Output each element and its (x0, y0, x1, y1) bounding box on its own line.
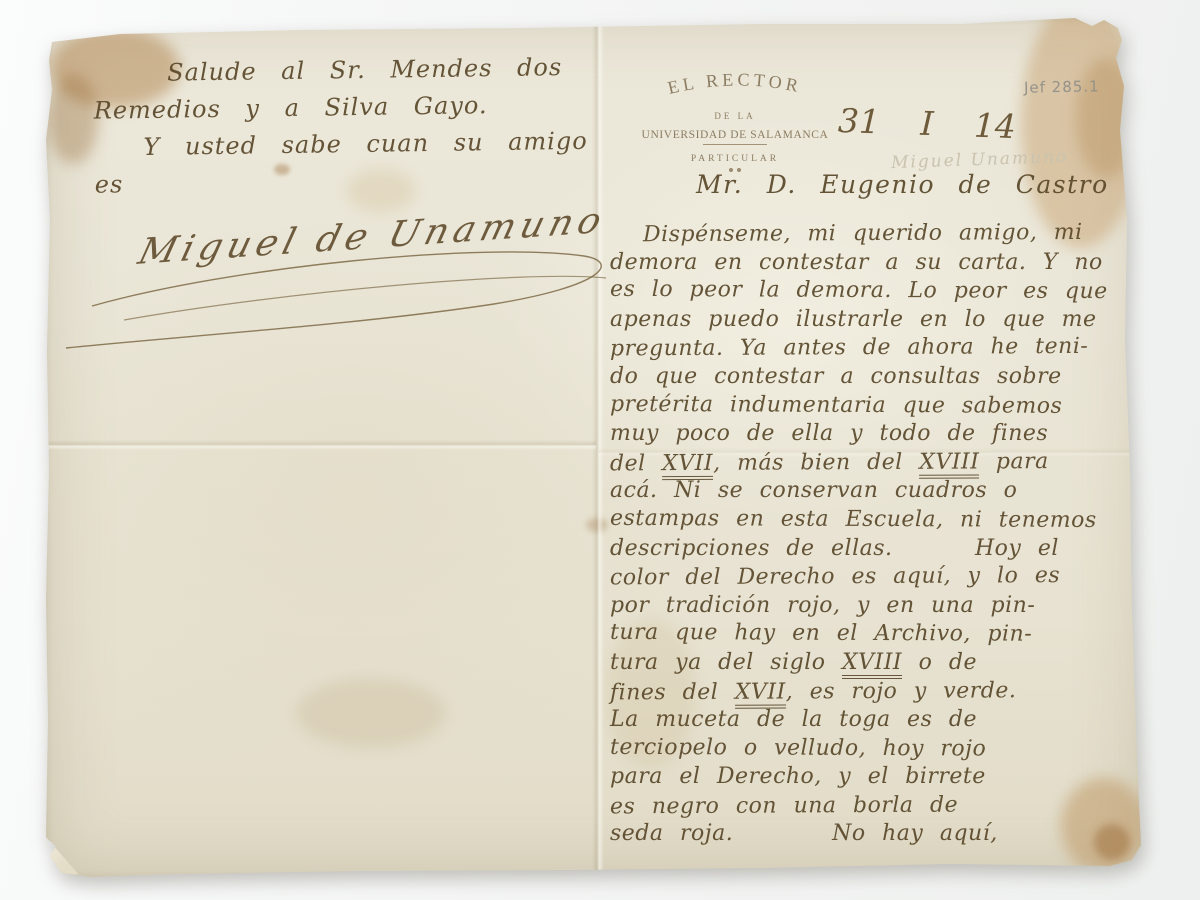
letter-body-text: Dispénseme, mi querido amigo, midemora e… (610, 220, 1144, 849)
text-segment: fines del (610, 679, 735, 705)
text-segment: apenas puedo ilustrarle en lo que me (610, 307, 1097, 332)
date-handwritten: 31 I 14 (837, 101, 1016, 146)
text-segment: pregunta. Ya antes de ahora he teni- (610, 334, 1088, 362)
handwritten-line: demora en contestar a su carta. Y no (610, 249, 1144, 278)
handwritten-line: es negro con una borla de (610, 790, 1144, 821)
text-segment: do que contestar a consultas sobre (610, 364, 1062, 389)
handwritten-line: es lo peor la demora. Lo peor es que (610, 276, 1144, 307)
underlined-roman-numeral: XVII (662, 451, 713, 480)
text-segment: descripciones de ellas. Hoy el (610, 536, 1059, 561)
handwritten-line: tura que hay en el Archivo, pin- (610, 619, 1144, 650)
recipient-line: Mr. D. Eugenio de Castro (696, 170, 1109, 199)
handwritten-line: fines del XVII, es rojo y verde. (610, 676, 1144, 707)
text-segment: tura ya del siglo (610, 650, 842, 675)
left-page-text: Salude al Sr. Mendes dosRemedios y a Sil… (93, 48, 620, 203)
underlined-roman-numeral: XVIII (842, 650, 902, 679)
text-segment: La muceta de la toga es de (610, 707, 977, 732)
handwritten-line: Y usted sabe cuan su amigo (94, 122, 619, 166)
handwritten-line: descripciones de ellas. Hoy el (610, 535, 1144, 564)
letterhead-university: UNIVERSIDAD DE SALAMANCA (635, 129, 835, 141)
letterhead: EL RECTOR DE LA UNIVERSIDAD DE SALAMANCA… (635, 66, 835, 174)
stain (296, 678, 446, 748)
letter-sheet: Salude al Sr. Mendes dosRemedios y a Sil… (46, 18, 1142, 878)
photo-background: Salude al Sr. Mendes dosRemedios y a Sil… (0, 0, 1200, 900)
text-segment: terciopelo o velludo, hoy rojo (610, 735, 986, 762)
handwritten-line: del XVII, más bien del XVIII para (610, 447, 1144, 478)
letterhead-rule (703, 144, 767, 145)
text-segment: es negro con una borla de (610, 792, 958, 819)
handwritten-line: apenas puedo ilustrarle en lo que me (610, 306, 1144, 335)
stain (48, 74, 98, 164)
handwritten-line: para el Derecho, y el birrete (610, 763, 1144, 792)
text-segment: del (610, 451, 662, 476)
text-segment: para (979, 449, 1048, 474)
handwritten-line: acá. Ni se conservan cuadros o (610, 477, 1144, 506)
handwritten-line: pregunta. Ya antes de ahora he teni- (610, 333, 1144, 364)
handwritten-line: Dispénseme, mi querido amigo, mi (610, 219, 1144, 250)
text-segment: muy poco de ella y todo de fines (610, 421, 1048, 446)
letter-sheet-wrapper: Salude al Sr. Mendes dosRemedios y a Sil… (0, 0, 1200, 900)
handwritten-line: estampas en esta Escuela, ni tenemos (610, 505, 1144, 536)
handwritten-line: es (95, 159, 620, 203)
stain (1076, 58, 1136, 178)
underlined-roman-numeral: XVIII (919, 449, 979, 478)
handwritten-line: pretérita indumentaria que sabemos (610, 390, 1144, 421)
text-segment: acá. Ni se conservan cuadros o (610, 478, 1017, 503)
handwritten-line: La muceta de la toga es de (610, 706, 1144, 735)
handwritten-line: tura ya del siglo XVIII o de (610, 649, 1144, 678)
handwritten-line: do que contestar a consultas sobre (610, 363, 1144, 392)
handwritten-line: Salude al Sr. Mendes dos (93, 48, 618, 92)
text-segment: pretérita indumentaria que sabemos (610, 391, 1062, 418)
handwritten-line: color del Derecho es aquí, y lo es (610, 562, 1144, 593)
handwritten-line: terciopelo o velludo, hoy rojo (610, 734, 1144, 765)
text-segment: Dispénseme, mi querido amigo, mi (610, 220, 1083, 247)
text-segment: , más bien del (713, 450, 919, 476)
text-segment: color del Derecho es aquí, y lo es (610, 563, 1060, 590)
text-segment: tura que hay en el Archivo, pin- (610, 620, 1032, 647)
letterhead-particular: PARTICULAR (635, 154, 835, 164)
folded-corner (44, 834, 80, 876)
text-segment: para el Derecho, y el birrete (610, 764, 986, 789)
handwritten-line: muy poco de ella y todo de fines (610, 420, 1144, 449)
text-segment: demora en contestar a su carta. Y no (610, 250, 1103, 275)
letterhead-arc: EL RECTOR (635, 66, 835, 106)
handwritten-line: seda roja. No hay aquí, (610, 820, 1144, 849)
pencil-catalog-number: Jef 285.1 (1024, 77, 1100, 96)
text-segment: por tradición rojo, y en una pin- (610, 593, 1035, 618)
handwritten-line: por tradición rojo, y en una pin- (610, 592, 1144, 621)
text-segment: es lo peor la demora. Lo peor es que (610, 277, 1108, 304)
signature-flourish (64, 208, 639, 368)
svg-text:EL RECTOR: EL RECTOR (666, 69, 804, 98)
underlined-roman-numeral: XVII (735, 679, 786, 708)
letterhead-title: EL RECTOR (666, 69, 804, 98)
text-segment: o de (902, 650, 977, 675)
letterhead-dela: DE LA (635, 111, 835, 121)
horizontal-fold-crease-left (48, 440, 596, 450)
text-segment: estampas en esta Escuela, ni tenemos (610, 506, 1097, 533)
text-segment: seda roja. No hay aquí, (610, 821, 998, 846)
text-segment: , es rojo y verde. (786, 678, 1017, 704)
